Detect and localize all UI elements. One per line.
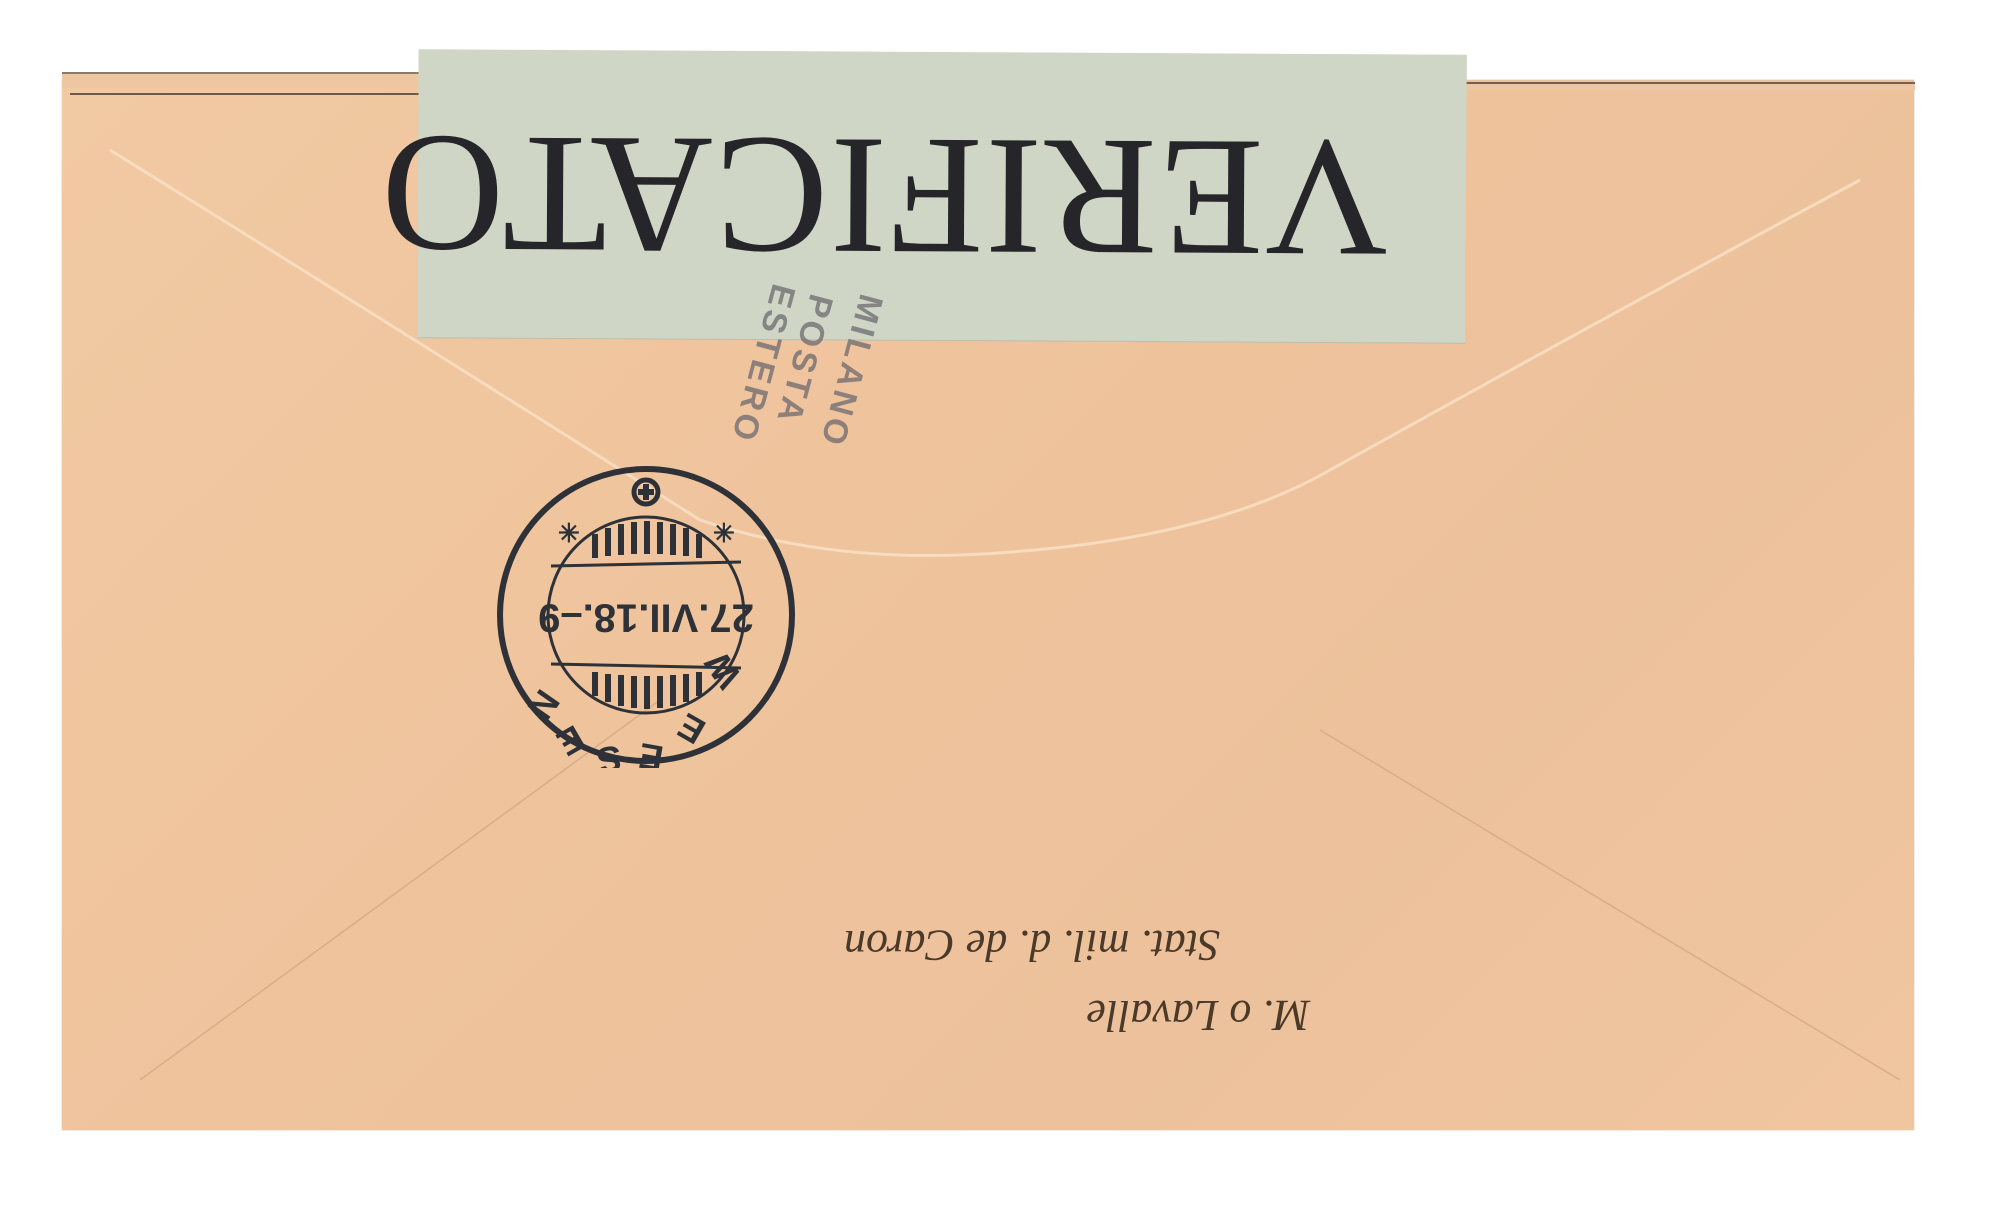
weesen-postmark: 27.VII.18.–9 W E E S E N ✳ ✳: [493, 462, 799, 768]
sender-line-1: Stat. mil. d. de Caron: [770, 910, 1330, 980]
svg-text:N: N: [520, 682, 568, 727]
svg-text:S: S: [594, 737, 625, 768]
postmark-town: W: [696, 645, 749, 696]
svg-text:E: E: [636, 735, 667, 768]
sender-handwriting: M. o Lavalle Stat. mil. d. de Caron: [770, 880, 1330, 1050]
svg-text:✳: ✳: [558, 518, 580, 548]
postmark-date: 27.VII.18.–9: [538, 595, 754, 639]
censor-handstamp: MILANO POSTA ESTERO: [800, 220, 1000, 550]
svg-text:E: E: [671, 705, 712, 753]
svg-text:✳: ✳: [713, 518, 735, 548]
sender-line-2: M. o Lavalle: [770, 980, 1330, 1050]
swiss-cross-icon: [634, 480, 658, 504]
